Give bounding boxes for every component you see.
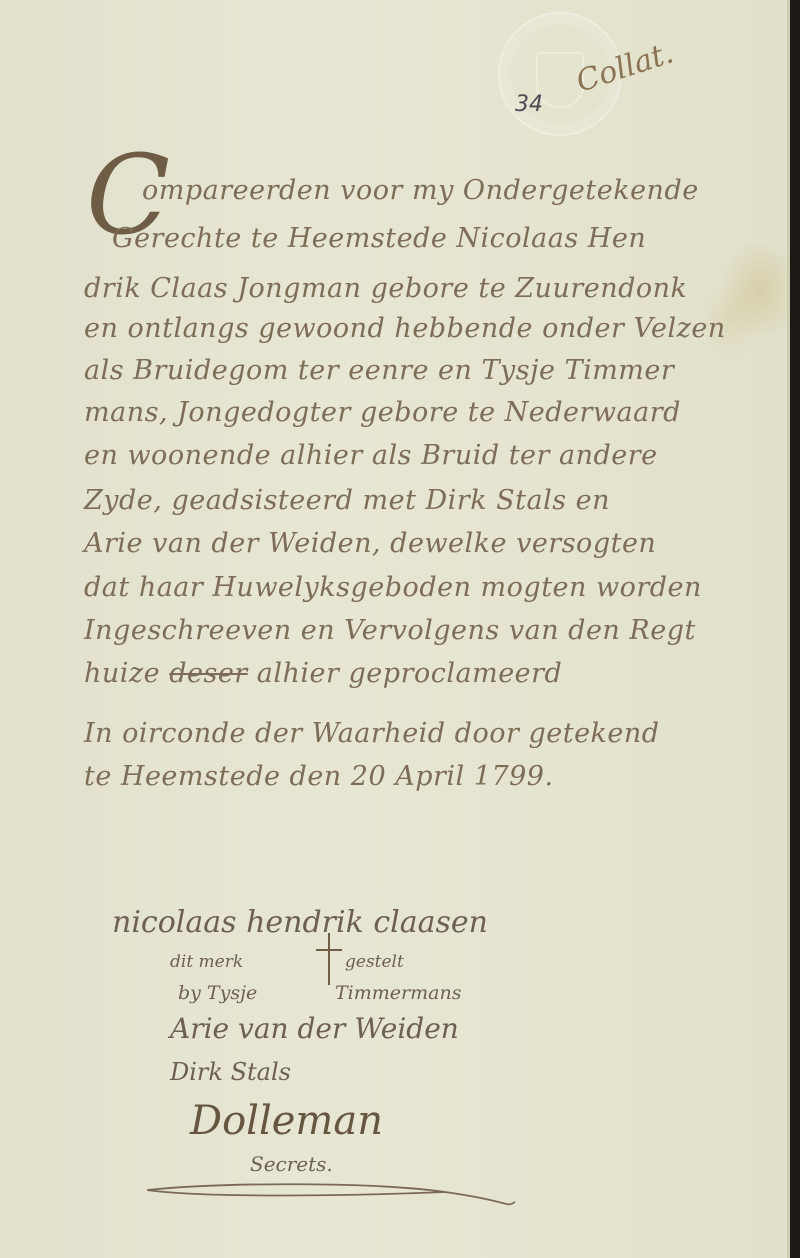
text-line-11: Ingeschreeven en Vervolgens van den Regt <box>84 615 696 646</box>
mark-note-2: gestelt <box>345 952 404 972</box>
signature-groom: nicolaas hendrik claasen <box>112 905 488 940</box>
text-line-2: Gerechte te Heemstede Nicolaas Hen <box>112 223 646 254</box>
struck-word: deser <box>169 658 248 689</box>
text-line-9: Arie van der Weiden, dewelke versogten <box>84 528 656 559</box>
bride-cross-mark-icon <box>316 933 342 985</box>
text-line-7: en woonende alhier als Bruid ter andere <box>84 440 658 471</box>
scan-border <box>790 0 800 1258</box>
text-line-12: huize deser alhier geproclameerd <box>84 658 562 689</box>
mark-note-1: dit merk <box>170 952 243 972</box>
signature-witness-arie: Arie van der Weiden <box>170 1012 459 1045</box>
mark-note-4: Timmermans <box>335 982 461 1004</box>
document-page: 34 Collat. C ompareerden voor my Onderge… <box>0 0 790 1258</box>
text-line-8: Zyde, geadsisteerd met Dirk Stals en <box>84 485 610 516</box>
signature-witness-dirk: Dirk Stals <box>170 1058 291 1086</box>
clerk-title: Secrets. <box>250 1152 333 1176</box>
signature-clerk: Dolleman <box>190 1098 383 1144</box>
text-line-5: als Bruidegom ter eenre en Tysje Timmer <box>84 355 674 386</box>
line-12-start: huize <box>84 658 169 689</box>
text-line-1: ompareerden voor my Ondergetekende <box>142 175 699 206</box>
folio-number: 34 <box>515 92 543 117</box>
mark-note-3: by Tysje <box>178 982 257 1004</box>
text-line-3: drik Claas Jongman gebore te Zuurendonk <box>84 273 687 304</box>
text-line-14: te Heemstede den 20 April 1799. <box>84 761 554 792</box>
text-line-4: en ontlangs gewoond hebbende onder Velze… <box>84 313 726 344</box>
text-line-6: mans, Jongedogter gebore te Nederwaard <box>84 397 681 428</box>
line-12-end: alhier geproclameerd <box>248 658 563 689</box>
signature-flourish-icon <box>145 1180 525 1210</box>
text-line-10: dat haar Huwelyksgeboden mogten worden <box>84 572 702 603</box>
text-line-13: In oirconde der Waarheid door getekend <box>84 718 660 749</box>
